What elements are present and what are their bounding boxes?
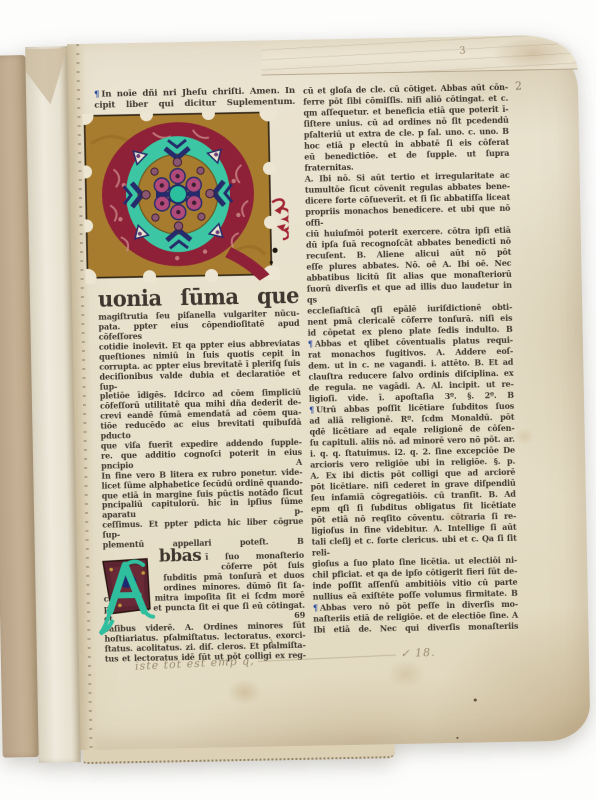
pilcrow-mark: ¶ [308, 339, 313, 349]
stain [387, 659, 426, 688]
ink-mark: ) [270, 638, 274, 649]
wormhole [474, 699, 477, 702]
illuminated-initial-Q [82, 110, 289, 284]
stain [515, 427, 535, 445]
folio-number: 2 [515, 79, 523, 92]
inscription-rule [258, 655, 396, 662]
book: 3 2 ¶In noīe dñi nri Jheſu chriſti. Amen… [0, 34, 595, 771]
left-column: ¶In noīe dñi nri Jheſu chriſti. Amen. In… [94, 86, 306, 664]
decorated-initial-A [97, 553, 157, 640]
pilcrow-mark: ¶ [309, 405, 314, 415]
pilcrow-mark: ¶ [94, 90, 100, 100]
stain [227, 679, 261, 706]
photograph-background: 3 2 ¶In noīe dñi nri Jheſu chriſti. Amen… [0, 0, 596, 800]
inscription-number: ✓ 18. [400, 646, 436, 661]
abbas-entry: bbasī ſuo monaſterio cōferre pōt ſuis ſu… [103, 549, 306, 664]
wormhole [456, 737, 458, 739]
text-block: ¶In noīe dñi nri Jheſu chriſti. Amen. In… [94, 82, 519, 664]
abbas-word: bbas [159, 552, 202, 561]
right-column: cū et gloſa de cle. cū cōtiget. Abbas aū… [303, 82, 519, 660]
pilcrow-mark: ¶ [313, 603, 318, 613]
leaf-edges-top [261, 34, 578, 75]
page-leaf: 3 2 ¶In noīe dñi nri Jheſu chriſti. Amen… [67, 34, 590, 750]
left-column-lines: magiſtrutia ſeu piſanella vulgariter nūc… [98, 309, 304, 551]
edge-number: 3 [459, 45, 466, 56]
incipit-large-line: uonia ſūma que [98, 283, 299, 314]
